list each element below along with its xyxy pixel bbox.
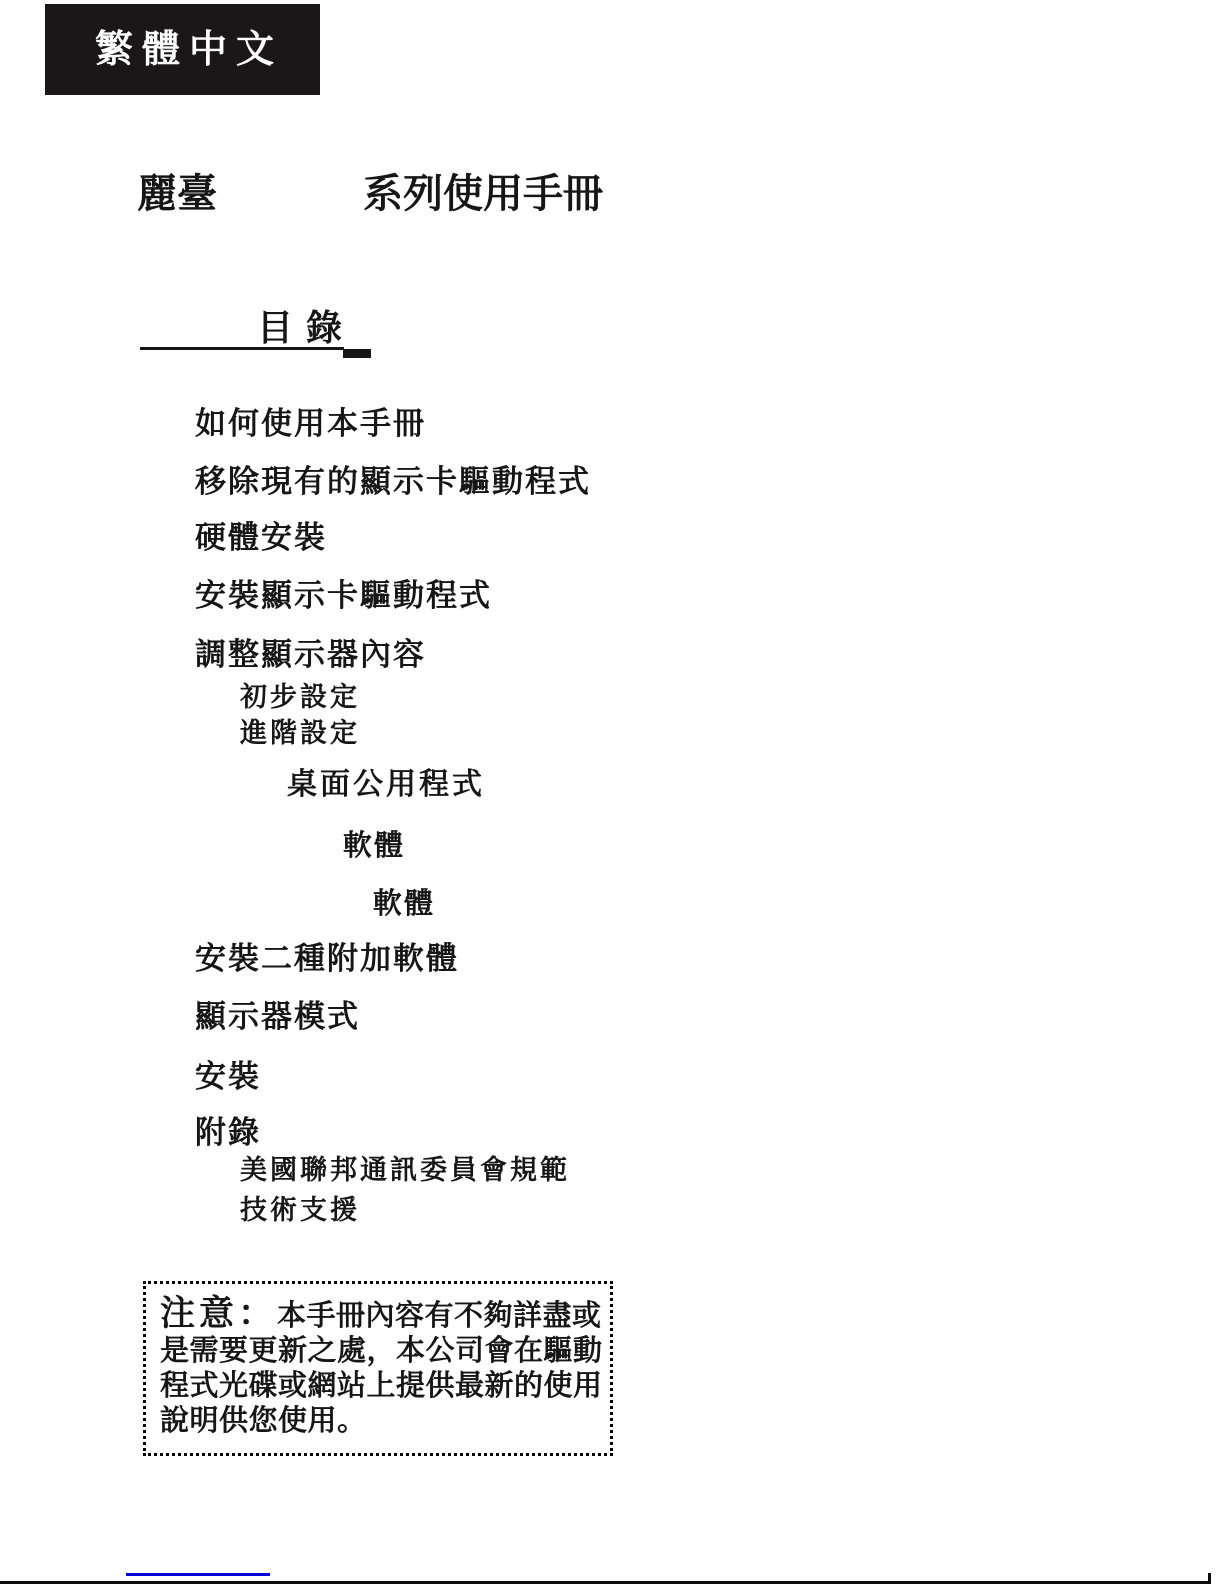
page-bottom-rule [0,1581,1211,1584]
toc-item: 美國聯邦通訊委員會規範 [240,1157,570,1184]
toc-item: 軟體 [343,832,405,861]
notice-text: 注意：本手冊內容有不夠詳盡或是需要更新之處，本公司會在驅動程式光碟或網站上提供最… [160,1296,607,1439]
toc-heading: 目錄 [257,310,355,346]
toc-item: 移除現有的顯示卡驅動程式 [195,466,591,497]
toc-item: 硬體安裝 [195,522,327,553]
toc-item: 初步設定 [240,684,360,711]
toc-item: 如何使用本手冊 [195,408,426,439]
toc-item: 桌面公用程式 [287,770,485,800]
manual-toc-page: 繁體中文 麗臺系列使用手冊 目錄 如何使用本手冊移除現有的顯示卡驅動程式硬體安裝… [0,0,1225,1585]
toc-heading-tab-block [343,349,371,358]
toc-item: 軟體 [373,890,435,919]
toc-item: 安裝二種附加軟體 [195,943,459,974]
toc-item: 附錄 [195,1117,261,1148]
toc-item: 進階設定 [240,720,360,747]
page-title-prefix: 麗臺 [137,172,217,216]
page-title: 麗臺系列使用手冊 [137,174,603,214]
page-bottom-rule-tick [1208,1573,1211,1581]
language-badge-label: 繁體中文 [45,31,283,69]
notice-box: 注意：本手冊內容有不夠詳盡或是需要更新之處，本公司會在驅動程式光碟或網站上提供最… [143,1281,613,1456]
language-badge: 繁體中文 [45,4,320,95]
hyperlink-underline[interactable] [126,1573,270,1576]
toc-item: 技術支援 [240,1197,360,1224]
page-title-suffix: 系列使用手冊 [363,172,603,216]
notice-label: 注意： [160,1294,277,1333]
toc-heading-underline [140,347,344,350]
toc-item: 調整顯示器內容 [195,639,426,670]
toc-item: 顯示器模式 [195,1001,360,1032]
toc-item: 安裝 [195,1061,261,1092]
toc-item: 安裝顯示卡驅動程式 [195,580,492,611]
